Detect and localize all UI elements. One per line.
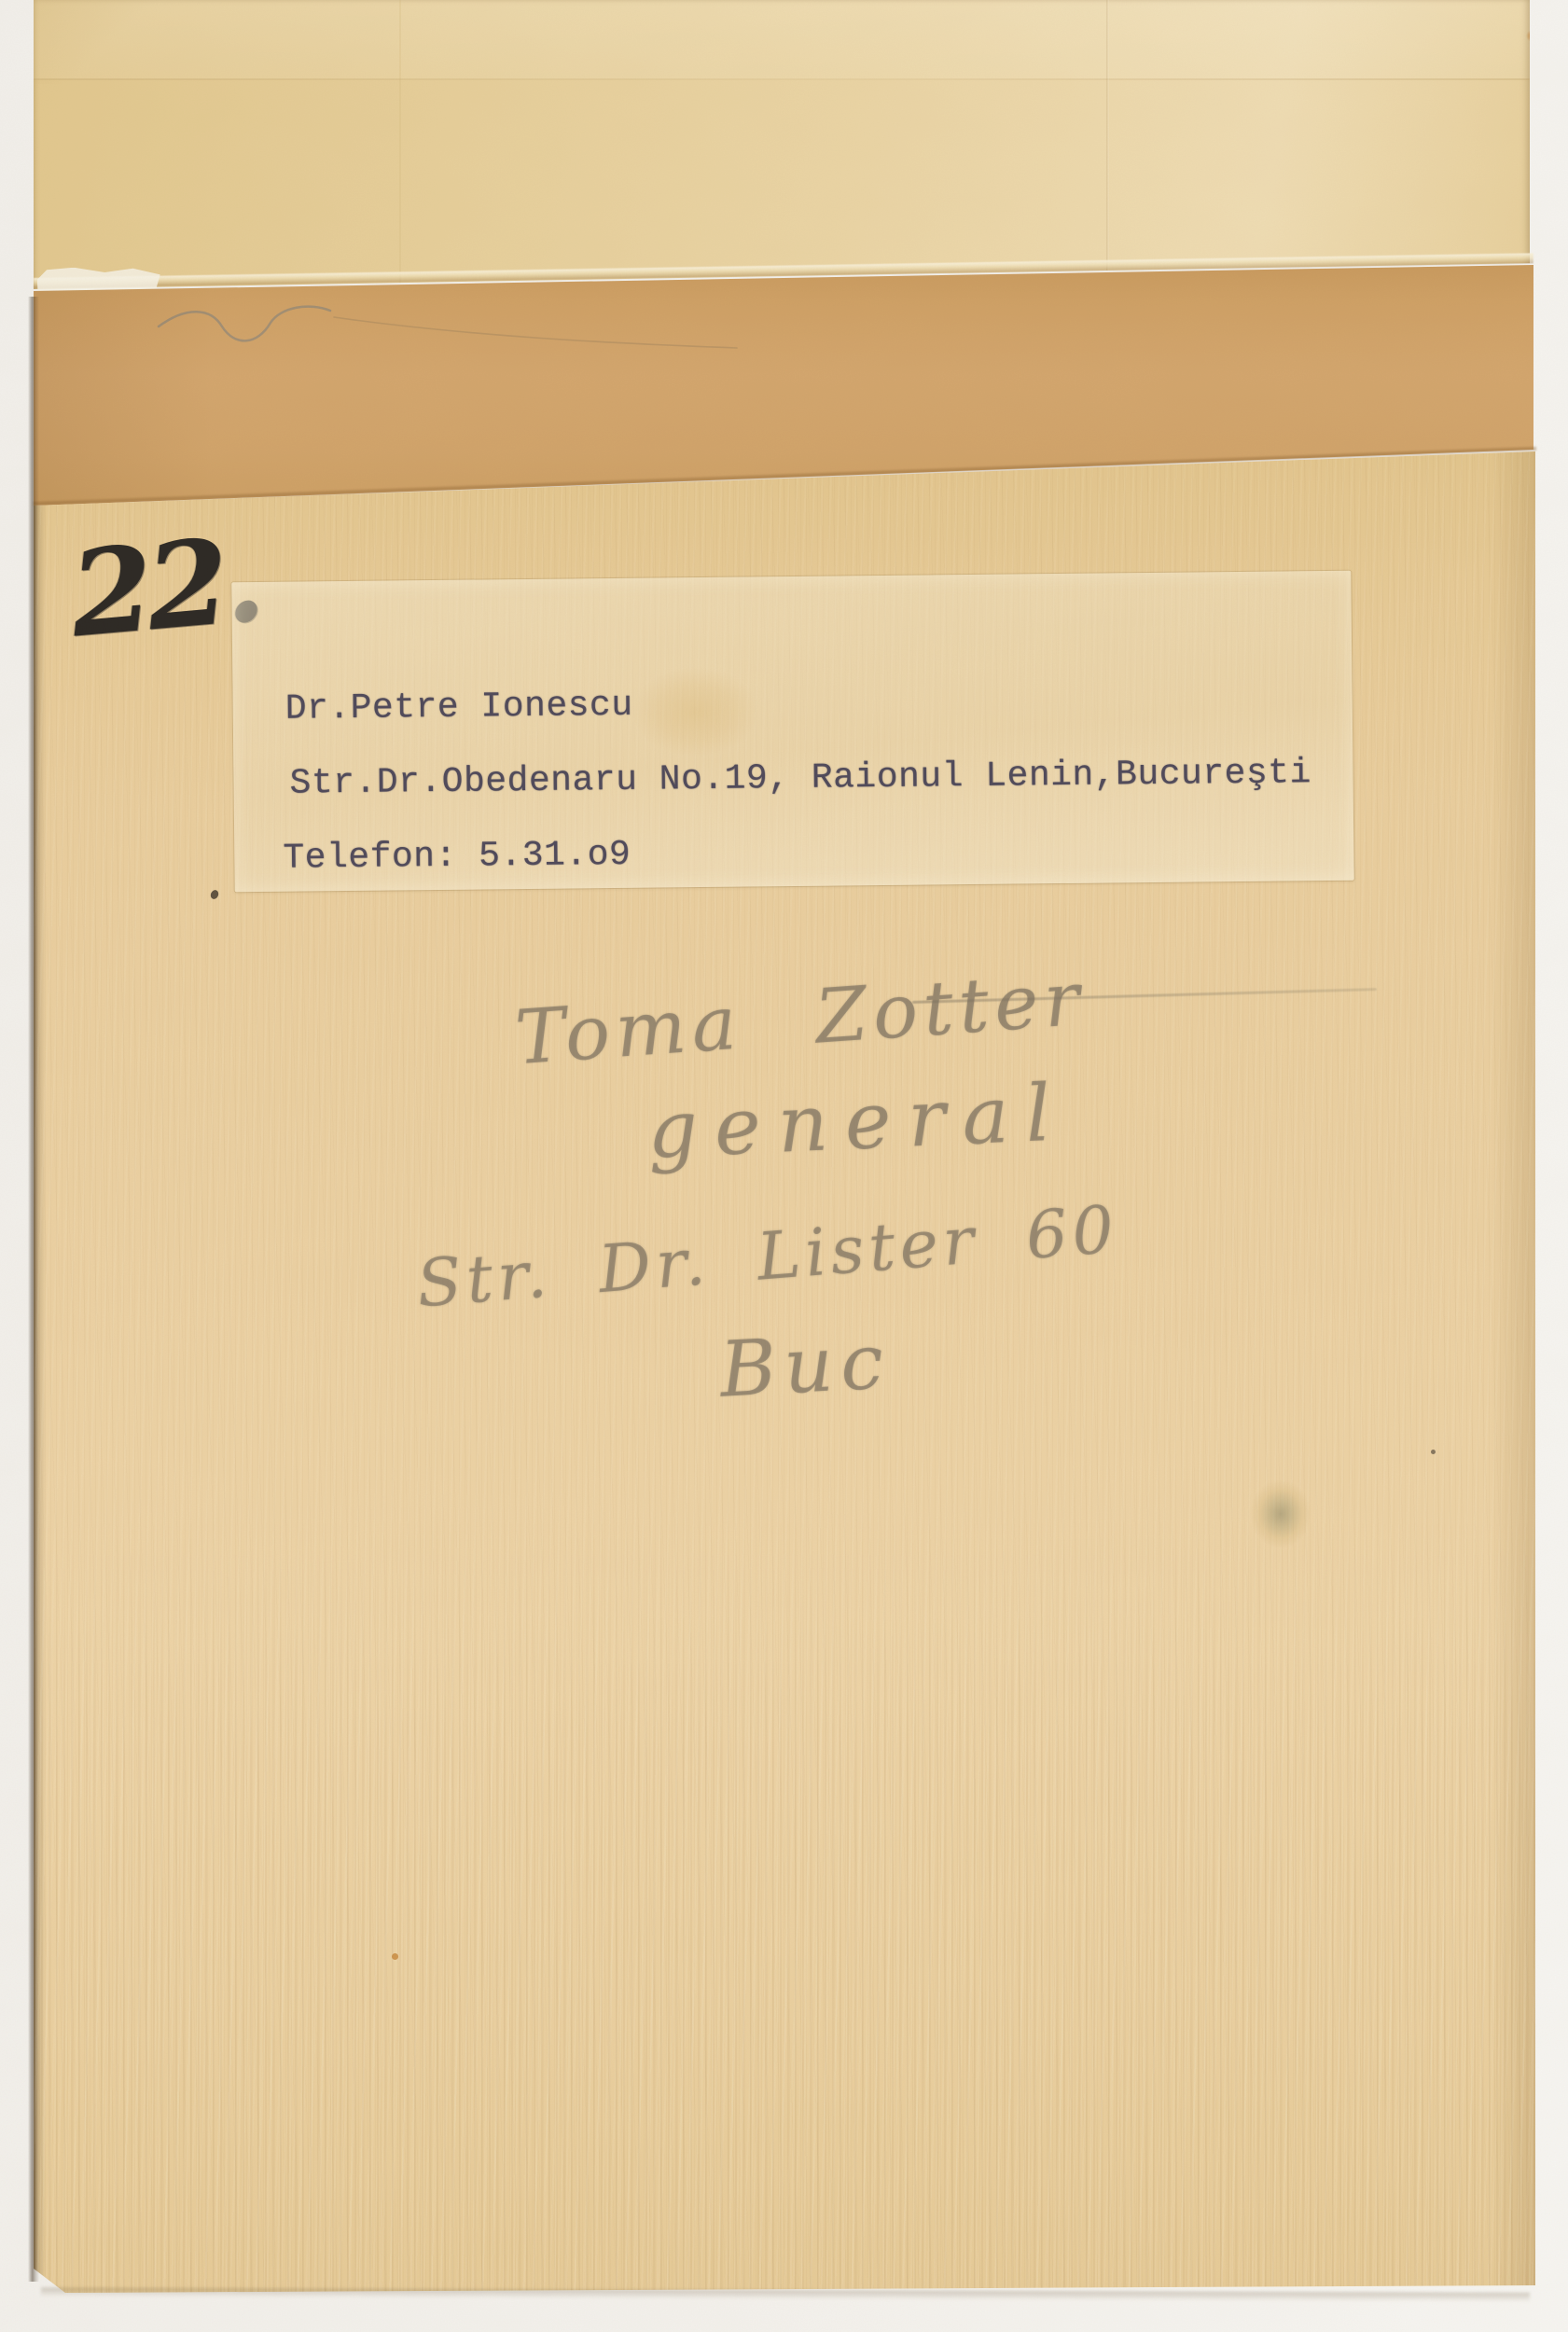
corner-crease [34,0,164,84]
page-bottom-shadow [41,2287,1530,2302]
pencil-city-line: Buc [718,1324,893,1409]
paper-fiber-texture-bottom [34,1516,1535,2297]
left-spine-shadow [28,297,39,2282]
typed-telephone-line: Telefon: 5.31.o9 [283,838,631,877]
scanned-notepad-page: 22. Dr.Petre Ionescu Str.Dr.Obedenaru No… [0,0,1568,2332]
pencil-title-line: general [645,1073,1069,1170]
rust-spot [1526,30,1538,42]
rust-speck [392,1953,398,1960]
fold-line-vertical [1106,0,1109,289]
typed-name-line: Dr.Petre Ionescu [285,688,633,728]
fold-line-vertical-faint [399,0,401,289]
dust-speck [1431,1450,1436,1454]
fold-line-horizontal [34,78,1530,80]
folded-sheet-top [34,0,1530,289]
typed-address-line: Str.Dr.Obedenaru No.19, Raionul Lenin,Bu… [289,756,1311,801]
olive-stain [1250,1479,1311,1548]
taped-typewritten-label: Dr.Petre Ionescu Str.Dr.Obedenaru No.19,… [231,571,1353,893]
label-stain [631,666,759,757]
